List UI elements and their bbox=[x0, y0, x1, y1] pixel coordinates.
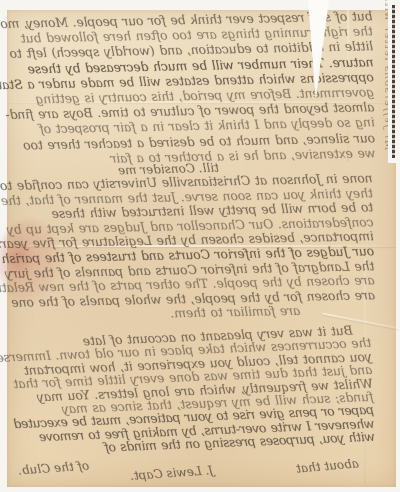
letter-paragraph-2: none in Johnson at Christiansville Unive… bbox=[11, 171, 376, 324]
manuscript-fragment: till. Consider me bbox=[118, 161, 219, 178]
binding-edge-mark bbox=[392, 5, 395, 158]
scanned-letter-page: but of self respect ever think be for ou… bbox=[0, 0, 400, 492]
letter-paragraph-3: But it was very pleasant on account of l… bbox=[11, 323, 376, 458]
